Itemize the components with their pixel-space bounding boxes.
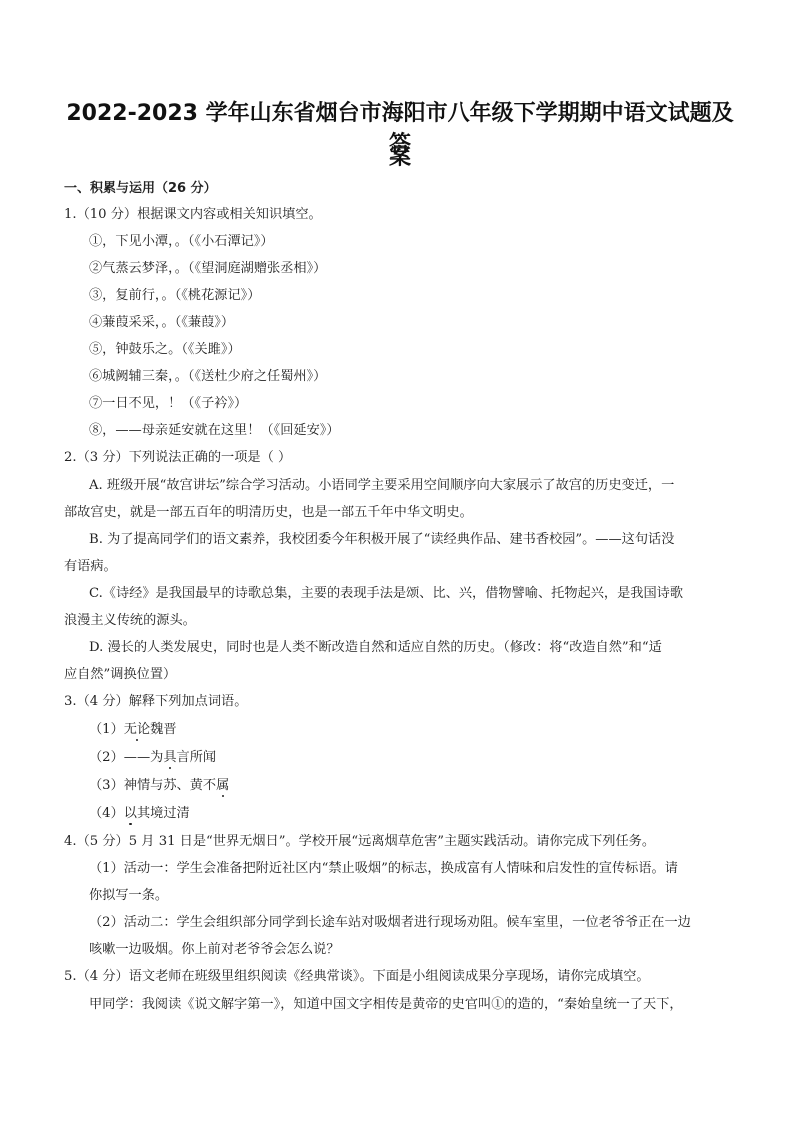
question-3-item: （2）——为具言所闻 <box>89 749 216 767</box>
question-2-option-c-cont: 浪漫主义传统的源头。 <box>64 612 196 630</box>
question-3-stem: 3.（4 分）解释下列加点词语。 <box>64 693 247 711</box>
item-number: （4） <box>89 806 124 821</box>
question-2-option-b: B. 为了提高同学们的语文素养，我校团委今年积极开展了“读经典作品、建书香校园”… <box>89 531 674 549</box>
question-2-option-c: C.《诗经》是我国最早的诗歌总集，主要的表现手法是颂、比、兴，借物譬喻、托物起兴… <box>89 585 683 603</box>
item-number: （2） <box>89 750 124 765</box>
item-text: 神情与苏、黄不 <box>124 778 216 793</box>
dotted-word: 具 <box>163 750 176 765</box>
dotted-word: 无论 <box>124 722 150 737</box>
question-5-stem: 5.（4 分）语文老师在班级里组织阅读《经典常谈》。下面是小组阅读成果分享现场，… <box>64 968 650 986</box>
question-4-task-1: （1）活动一：学生会准备把附近社区内“禁止吸烟”的标志，换成富有人情味和启发性的… <box>89 860 678 878</box>
question-2-stem: 2.（3 分）下列说法正确的一项是（ ） <box>64 449 291 467</box>
question-2-option-d: D. 漫长的人类发展史，同时也是人类不断改造自然和适应自然的历史。（修改：将“改… <box>89 639 662 657</box>
question-1-item: ②气蒸云梦泽，。（《望洞庭湖赠张丞相》） <box>89 260 326 278</box>
dotted-word: 以 <box>124 806 137 821</box>
question-1-item: ⑤，钟鼓乐之。（《关雎》） <box>89 341 241 359</box>
question-3-item: （3）神情与苏、黄不属 <box>89 777 229 795</box>
section-heading: 一、积累与运用（26 分） <box>64 180 217 198</box>
item-number: （3） <box>89 778 124 793</box>
question-4-task-1-cont: 你拟写一条。 <box>89 887 168 905</box>
question-2-option-a-cont: 部故宫史，就是一部五百年的明清历史，也是一部五千年中华文明史。 <box>64 504 473 522</box>
dotted-word: 属 <box>216 778 229 793</box>
question-1-item: ⑦一日不见，！（《子衿》） <box>89 395 247 413</box>
question-5-paragraph: 甲同学：我阅读《说文解字第一》，知道中国文字相传是黄帝的史官叫①的造的，“秦始皇… <box>89 996 683 1014</box>
question-1-item: ④蒹葭采采，。（《蒹葭》） <box>89 314 234 332</box>
question-1-item: ⑧，——母亲延安就在这里！（《回延安》） <box>89 422 340 440</box>
question-2-option-d-cont: 应自然”调换位置） <box>64 666 176 684</box>
question-1-item: ③，复前行，。（《桃花源记》） <box>89 287 260 305</box>
question-4-task-2-cont: 咳嗽一边吸烟。你上前对老爷爷会怎么说？ <box>89 941 340 959</box>
item-number: （1） <box>89 722 124 737</box>
item-text: 魏晋 <box>150 722 176 737</box>
question-1-stem: 1.（10 分）根据课文内容或相关知识填空。 <box>64 206 322 224</box>
question-2-option-a: A. 班级开展“故宫讲坛”综合学习活动。小语同学主要采用空间顺序向大家展示了故宫… <box>89 477 674 495</box>
question-4-task-2: （2）活动二：学生会组织部分同学到长途车站对吸烟者进行现场劝阻。候车室里，一位老… <box>89 914 691 932</box>
item-text: 言所闻 <box>177 750 217 765</box>
item-text: ——为 <box>124 750 164 765</box>
document-page: 2022-2023 学年山东省烟台市海阳市八年级下学期期中语文试题及答 案 一、… <box>0 0 793 1122</box>
question-3-item: （1）无论魏晋 <box>89 721 177 739</box>
question-1-item: ①，下见小潭，。（《小石潭记》） <box>89 233 274 251</box>
question-2-option-b-cont: 有语病。 <box>64 558 117 576</box>
question-1-item: ⑥城阙辅三秦，。（《送杜少府之任蜀州》） <box>89 368 326 386</box>
item-text: 其境过清 <box>137 806 190 821</box>
document-title-continued: 案 <box>60 140 740 171</box>
question-3-item: （4）以其境过清 <box>89 805 190 823</box>
question-4-stem: 4.（5 分）5 月 31 日是“世界无烟日”。学校开展“远离烟草危害”主题实践… <box>64 833 655 851</box>
